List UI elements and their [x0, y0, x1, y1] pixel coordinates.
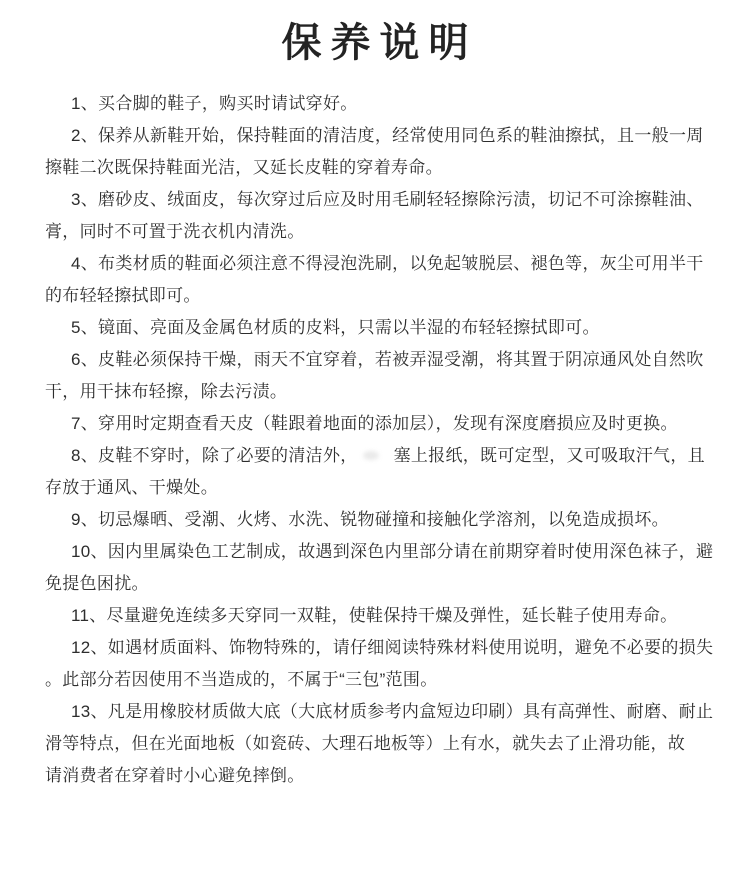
care-item-2-line-2: 擦鞋二次既保持鞋面光洁，又延长皮鞋的穿着寿命。: [45, 152, 720, 184]
care-item-12-line-2: 。此部分若因使用不当造成的，不属于“三包”范围。: [45, 664, 720, 696]
erased-text-gap: [358, 444, 394, 461]
care-item-9: 9、切忌爆晒、受潮、火烤、水洗、锐物碰撞和接触化学溶剂，以免造成损坏。: [45, 504, 720, 536]
care-item-4-line-1: 4、布类材质的鞋面必须注意不得浸泡洗刷，以免起皱脱层、褪色等，灰尘可用半干: [45, 248, 720, 280]
care-item-8-line-1-pre: 8、皮鞋不穿时，除了必要的清洁外，: [71, 446, 358, 465]
care-item-1-line-1: 1、买合脚的鞋子，购买时请试穿好。: [45, 88, 720, 120]
care-item-4-line-2: 的布轻轻擦拭即可。: [45, 280, 720, 312]
care-item-8-line-1-post: 塞上报纸，既可定型，又可吸取汗气，且: [394, 446, 705, 465]
care-instructions-list: 1、买合脚的鞋子，购买时请试穿好。 2、保养从新鞋开始，保持鞋面的清洁度，经常使…: [0, 88, 750, 792]
care-item-11: 11、尽量避免连续多天穿同一双鞋，使鞋保持干燥及弹性，延长鞋子使用寿命。: [45, 600, 720, 632]
care-item-6: 6、皮鞋必须保持干燥，雨天不宜穿着，若被弄湿受潮，将其置于阴凉通风处自然吹 干，…: [45, 344, 720, 408]
care-item-3: 3、磨砂皮、绒面皮，每次穿过后应及时用毛刷轻轻擦除污渍，切记不可涂擦鞋油、 膏，…: [45, 184, 720, 248]
care-item-12: 12、如遇材质面料、饰物特殊的，请仔细阅读特殊材料使用说明，避免不必要的损失 。…: [45, 632, 720, 696]
care-item-12-line-1: 12、如遇材质面料、饰物特殊的，请仔细阅读特殊材料使用说明，避免不必要的损失: [45, 632, 720, 664]
care-item-7-line-1: 7、穿用时定期查看天皮（鞋跟着地面的添加层），发现有深度磨损应及时更换。: [45, 408, 720, 440]
care-item-13-line-2: 滑等特点，但在光面地板（如瓷砖、大理石地板等）上有水，就失去了止滑功能，故: [45, 728, 720, 760]
care-item-11-line-1: 11、尽量避免连续多天穿同一双鞋，使鞋保持干燥及弹性，延长鞋子使用寿命。: [45, 600, 720, 632]
care-item-4: 4、布类材质的鞋面必须注意不得浸泡洗刷，以免起皱脱层、褪色等，灰尘可用半干 的布…: [45, 248, 720, 312]
care-item-3-line-2: 膏，同时不可置于洗衣机内清洗。: [45, 216, 720, 248]
care-item-6-line-1: 6、皮鞋必须保持干燥，雨天不宜穿着，若被弄湿受潮，将其置于阴凉通风处自然吹: [45, 344, 720, 376]
care-item-3-line-1: 3、磨砂皮、绒面皮，每次穿过后应及时用毛刷轻轻擦除污渍，切记不可涂擦鞋油、: [45, 184, 720, 216]
care-item-7: 7、穿用时定期查看天皮（鞋跟着地面的添加层），发现有深度磨损应及时更换。: [45, 408, 720, 440]
care-item-9-line-1: 9、切忌爆晒、受潮、火烤、水洗、锐物碰撞和接触化学溶剂，以免造成损坏。: [45, 504, 720, 536]
care-item-6-line-2: 干，用干抹布轻擦，除去污渍。: [45, 376, 720, 408]
care-item-10-line-1: 10、因内里属染色工艺制成，故遇到深色内里部分请在前期穿着时使用深色袜子，避: [45, 536, 720, 568]
care-instructions-document: 保养说明 1、买合脚的鞋子，购买时请试穿好。 2、保养从新鞋开始，保持鞋面的清洁…: [0, 0, 750, 872]
erased-smudge: [363, 451, 379, 460]
page-title: 保养说明: [0, 0, 750, 68]
care-item-2: 2、保养从新鞋开始，保持鞋面的清洁度，经常使用同色系的鞋油擦拭，且一般一周 擦鞋…: [45, 120, 720, 184]
care-item-2-line-1: 2、保养从新鞋开始，保持鞋面的清洁度，经常使用同色系的鞋油擦拭，且一般一周: [45, 120, 720, 152]
care-item-13-line-1: 13、凡是用橡胶材质做大底（大底材质参考内盒短边印刷）具有高弹性、耐磨、耐止: [45, 696, 720, 728]
care-item-8-line-1: 8、皮鞋不穿时，除了必要的清洁外，塞上报纸，既可定型，又可吸取汗气，且: [45, 440, 720, 472]
care-item-5-line-1: 5、镜面、亮面及金属色材质的皮料，只需以半湿的布轻轻擦拭即可。: [45, 312, 720, 344]
care-item-13-line-3: 请消费者在穿着时小心避免摔倒。: [45, 760, 720, 792]
care-item-1: 1、买合脚的鞋子，购买时请试穿好。: [45, 88, 720, 120]
care-item-5: 5、镜面、亮面及金属色材质的皮料，只需以半湿的布轻轻擦拭即可。: [45, 312, 720, 344]
care-item-10-line-2: 免提色困扰。: [45, 568, 720, 600]
care-item-8-line-2: 存放于通风、干燥处。: [45, 472, 720, 504]
care-item-13: 13、凡是用橡胶材质做大底（大底材质参考内盒短边印刷）具有高弹性、耐磨、耐止 滑…: [45, 696, 720, 792]
care-item-8: 8、皮鞋不穿时，除了必要的清洁外，塞上报纸，既可定型，又可吸取汗气，且 存放于通…: [45, 440, 720, 504]
care-item-10: 10、因内里属染色工艺制成，故遇到深色内里部分请在前期穿着时使用深色袜子，避 免…: [45, 536, 720, 600]
